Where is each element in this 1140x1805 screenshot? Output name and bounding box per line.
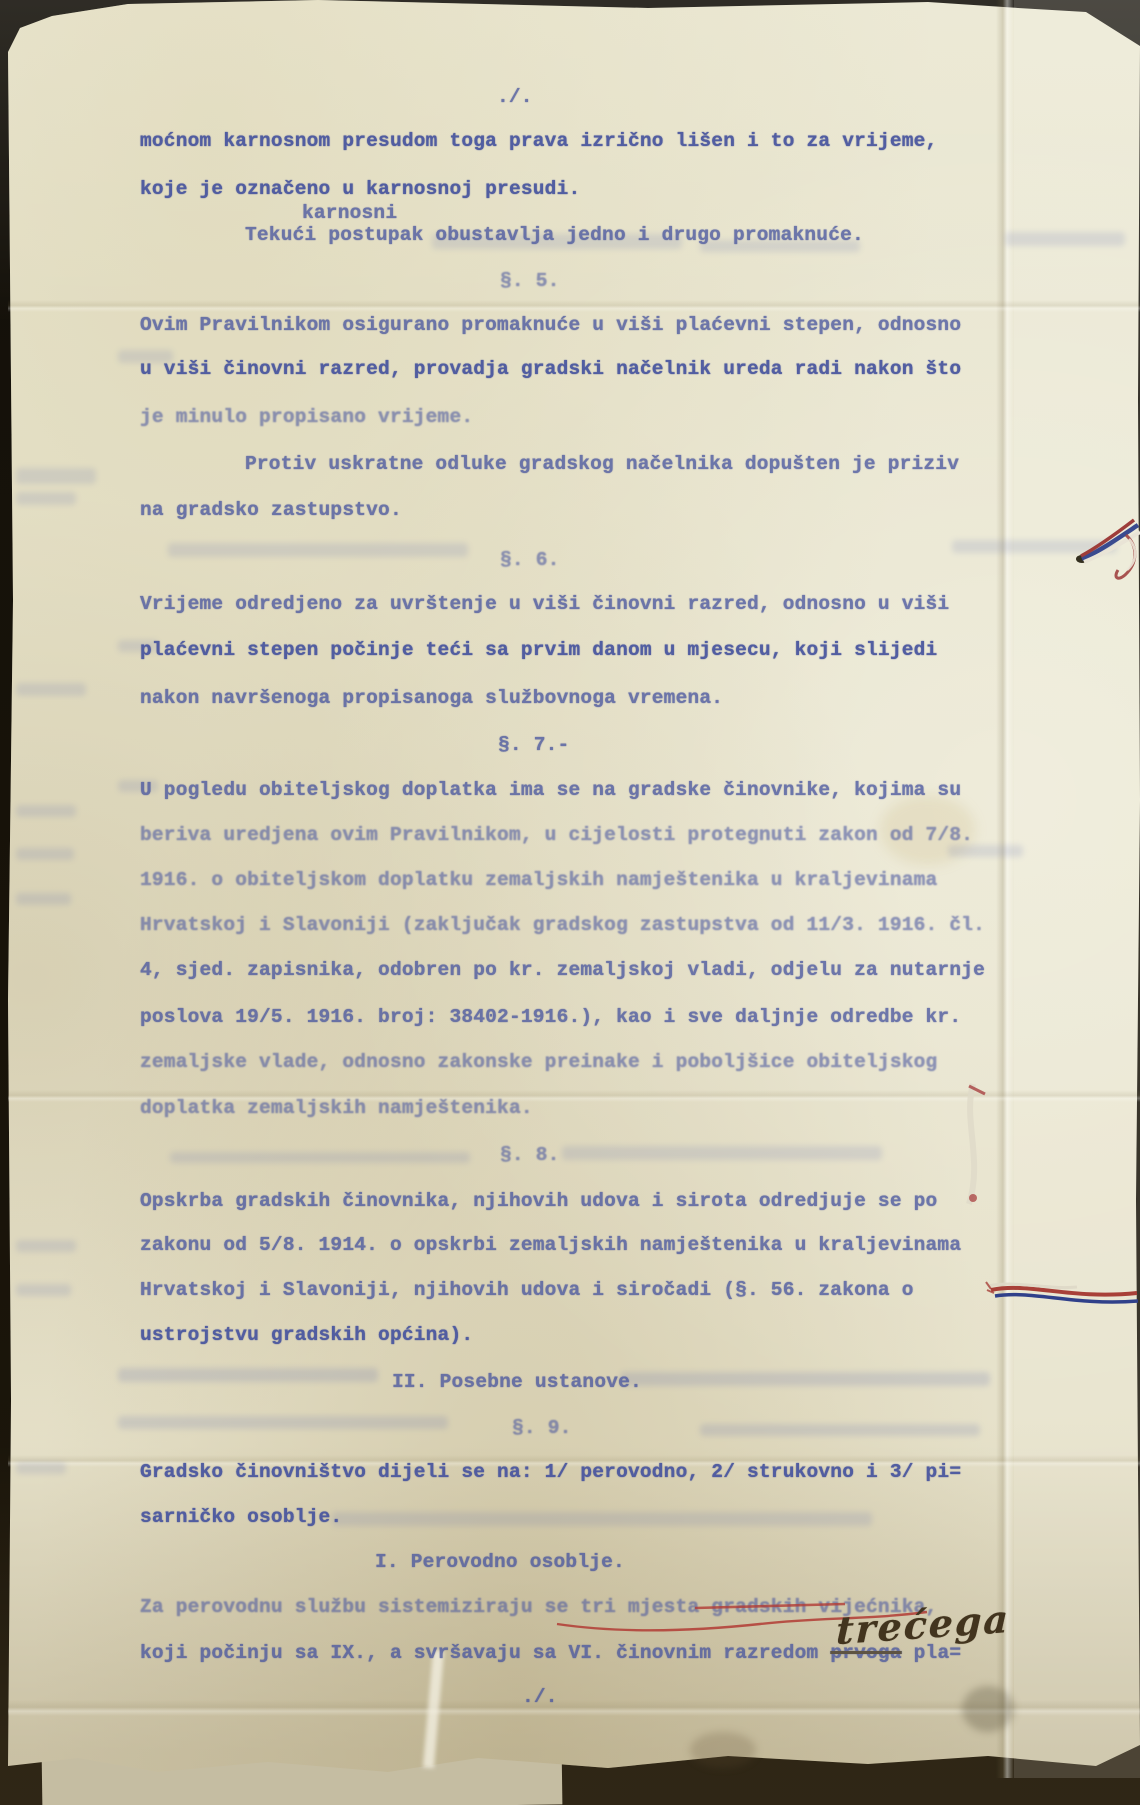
typed-line: Opskrba gradskih činovnika, njihovih udo… (140, 1190, 937, 1212)
binding-thread (1068, 513, 1140, 605)
typed-line: 4, sjed. zapisnika, odobren po kr. zemal… (140, 959, 985, 981)
typed-line: 1916. o obiteljskom doplatku zemaljskih … (140, 869, 937, 891)
section-heading: §. 8. (500, 1144, 560, 1166)
continuation-marker-bottom: ./. (522, 1686, 558, 1708)
typed-line: je minulo propisano vrijeme. (140, 406, 473, 428)
typed-line: Hrvatskoj i Slavoniji, njihovih udova i … (140, 1279, 914, 1301)
typed-line: Ovim Pravilnikom osigurano promaknuće u … (140, 314, 961, 336)
typed-line: U pogledu obiteljskog doplatka ima se na… (140, 779, 961, 801)
typed-line: sarničko osoblje. (140, 1506, 342, 1528)
typed-line: Tekući postupak obustavlja jedno i drugo… (245, 224, 864, 246)
typed-line: poslova 19/5. 1916. broj: 38402-1916.), … (140, 1006, 961, 1028)
section-heading: §. 6. (500, 549, 560, 571)
typed-line: koje je označeno u karnosnoj presudi. (140, 178, 580, 200)
typed-text: koji počinju sa IX., a svršavaju sa VI. … (140, 1642, 830, 1664)
section-heading: §. 7.- (498, 734, 569, 756)
typed-line: nakon navršenoga propisanoga službovnoga… (140, 687, 723, 709)
scanned-document: ./. moćnom karnosnom presudom toga prava… (0, 0, 1140, 1805)
typed-line: zakonu od 5/8. 1914. o opskrbi zemaljski… (140, 1234, 961, 1256)
typed-line: Hrvatskoj i Slavoniji (zaključak gradsko… (140, 914, 985, 936)
typed-line: Gradsko činovništvo dijeli se na: 1/ per… (140, 1461, 961, 1483)
typed-line: na gradsko zastupstvo. (140, 499, 402, 521)
typed-line: Vrijeme odredjeno za uvrštenje u viši či… (140, 593, 949, 615)
typed-line: ustrojstvu gradskih općina). (140, 1324, 473, 1346)
typed-line: doplatka zemaljskih namještenika. (140, 1097, 533, 1119)
typed-line: plaćevni stepen počinje teći sa prvim da… (140, 639, 937, 661)
typed-line: zemaljske vlade, odnosno zakonske preina… (140, 1051, 937, 1073)
section-heading: §. 5. (500, 270, 560, 292)
binding-thread (943, 1080, 1005, 1208)
typed-line: moćnom karnosnom presudom toga prava izr… (140, 130, 937, 152)
inserted-word: karnosni (302, 202, 397, 224)
continuation-marker-top: ./. (497, 86, 533, 108)
typed-line: beriva uredjena ovim Pravilnikom, u cije… (140, 824, 973, 846)
typed-line: u viši činovni razred, provadja gradski … (140, 358, 961, 380)
binding-thread (985, 1260, 1140, 1318)
part-heading: II. Posebne ustanove. (392, 1371, 642, 1393)
section-heading: §. 9. (512, 1417, 572, 1439)
part-heading: I. Perovodno osoblje. (375, 1551, 625, 1573)
typed-line: Protiv uskratne odluke gradskog načelnik… (245, 453, 959, 475)
